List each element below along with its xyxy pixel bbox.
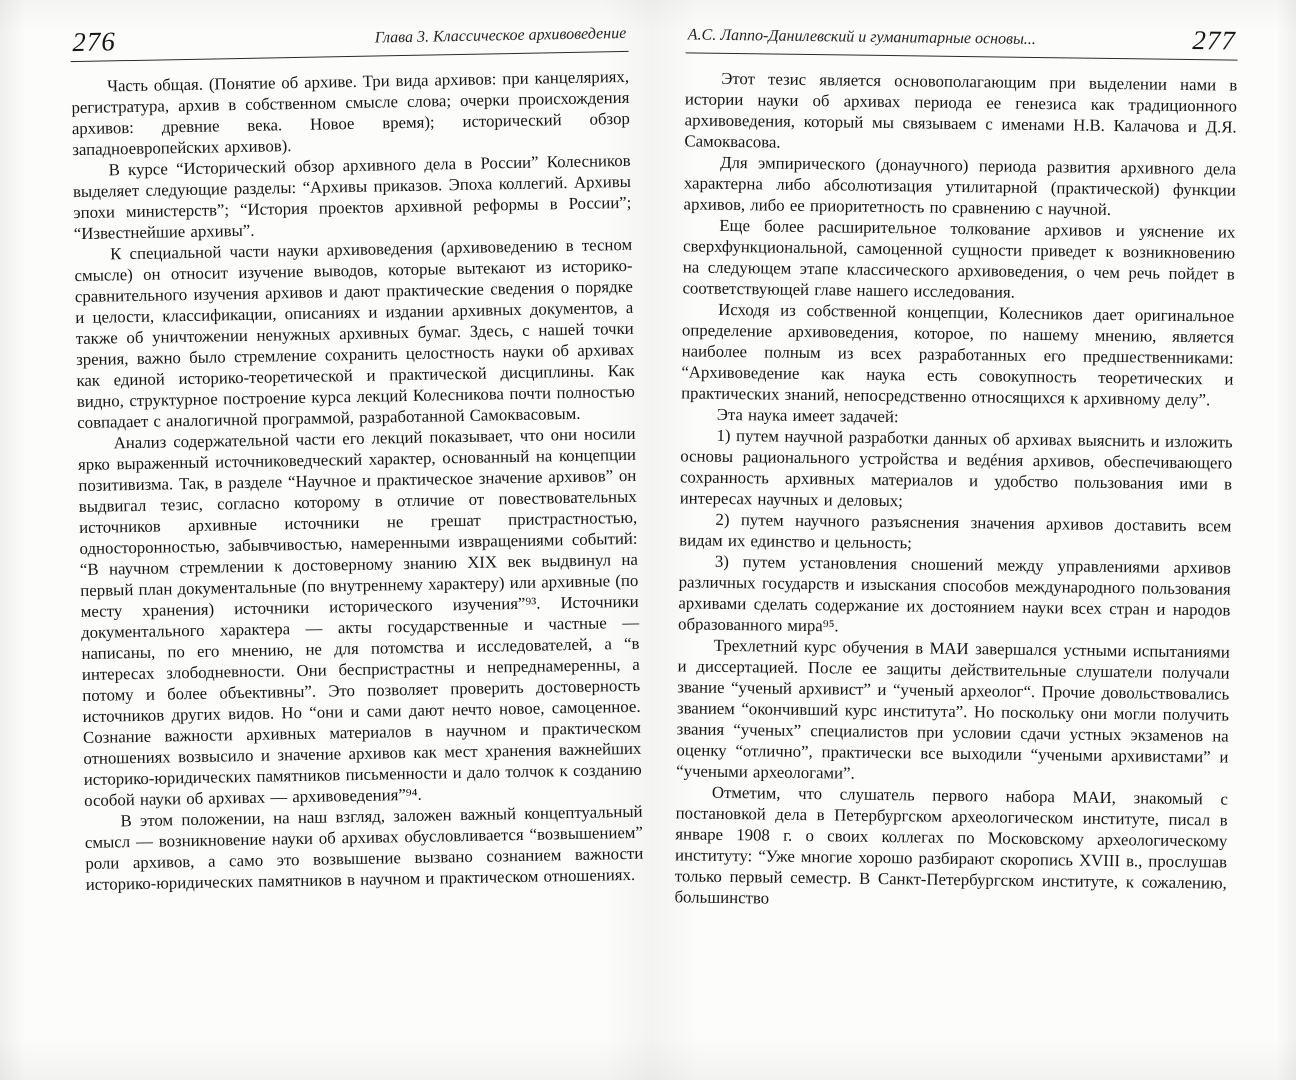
page-right-header: А.С. Лаппо-Данилевский и гуманитарные ос… [686, 20, 1238, 54]
page-left-content: 276 Глава 3. Классическое архивоведение … [70, 19, 644, 895]
page-right-content: А.С. Лаппо-Данилевский и гуманитарные ос… [674, 20, 1238, 914]
page-body-right: Этот тезис является основополагающим при… [674, 67, 1237, 914]
paragraph: Трехлетний курс обучения в МАИ завершалс… [676, 634, 1230, 788]
page-body-left: Часть общая. (Понятие об архиве. Три вид… [71, 66, 644, 895]
paragraph: 2) путем научного разъяснения значения а… [679, 508, 1232, 557]
paragraph: К специальной части науки архивоведения … [74, 234, 635, 433]
running-header-left: Глава 3. Классическое архивоведение [375, 24, 627, 51]
page-right: А.С. Лаппо-Данилевский и гуманитарные ос… [686, 24, 1238, 911]
paragraph: Для эмпирического (донаучного) периода р… [683, 151, 1236, 221]
book-spread: 276 Глава 3. Классическое архивоведение … [0, 0, 1296, 1080]
paragraph: Отметим, что слушатель первого набора МА… [674, 781, 1228, 914]
page-left-header: 276 Глава 3. Классическое архивоведение [70, 19, 628, 56]
paragraph: Часть общая. (Понятие об архиве. Три вид… [71, 66, 630, 160]
header-rule-right [686, 52, 1238, 60]
paragraph: 1) путем научной разработки данных об ар… [680, 424, 1233, 515]
paragraph: В курсе “Исторический обзор архивного де… [72, 150, 631, 244]
running-header-right: А.С. Лаппо-Данилевский и гуманитарные ос… [688, 25, 1036, 52]
paragraph: 3) путем установления сношений между упр… [678, 550, 1231, 641]
page-number-left: 276 [72, 28, 116, 56]
page-number-right: 277 [1192, 27, 1236, 55]
paragraph: Этот тезис является основополагающим при… [684, 67, 1237, 158]
paragraph: В этом положении, на наш взгляд, заложен… [84, 801, 643, 895]
page-left: 276 Глава 3. Классическое архивоведение … [70, 24, 628, 890]
paragraph: Еще более расширительное толкование архи… [682, 214, 1235, 305]
paragraph: Исходя из собственной концепции, Колесни… [681, 298, 1234, 410]
paragraph: Анализ содержательной части его лекций п… [77, 423, 642, 811]
